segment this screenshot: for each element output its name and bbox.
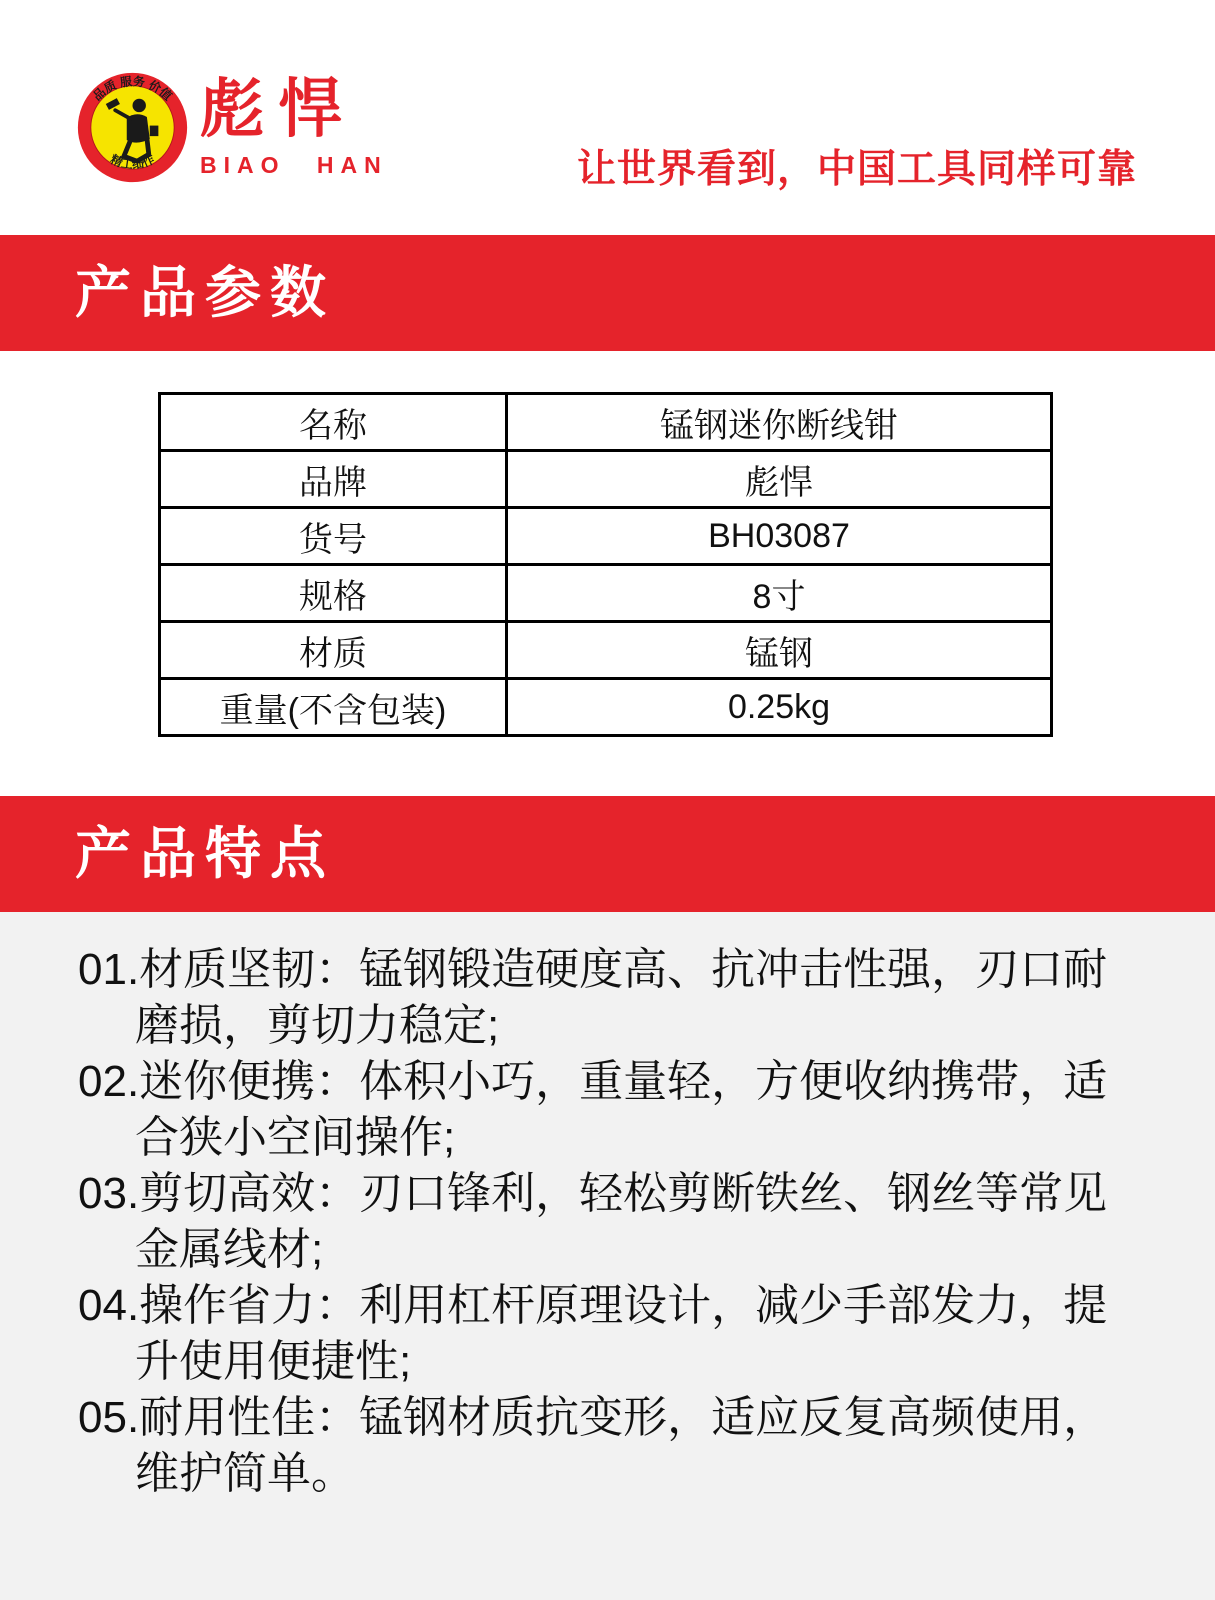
product-detail-page: 品质 服务 价值 精工细作 彪悍 BIAO HAN (0, 0, 1215, 1600)
feature-item: 03.剪切高效：刃口锋利，轻松剪断铁丝、钢丝等常见金属线材; (78, 1166, 1147, 1278)
table-row: 名称 锰钢迷你断线钳 (160, 394, 1052, 451)
spec-value: 锰钢 (507, 622, 1052, 679)
spec-label: 重量(不含包装) (160, 679, 507, 736)
feature-item: 04.操作省力：利用杠杆原理设计，减少手部发力，提升使用便捷性; (78, 1278, 1147, 1390)
spec-label: 材质 (160, 622, 507, 679)
brand-name-en: BIAO HAN (200, 152, 388, 179)
spec-table-area: 名称 锰钢迷你断线钳 品牌 彪悍 货号 BH03087 规格 8寸 材质 锰 (0, 351, 1215, 796)
brand-header: 品质 服务 价值 精工细作 彪悍 BIAO HAN (0, 0, 1215, 235)
badge-seal-mark (150, 126, 159, 137)
feature-number: 05. (78, 1393, 139, 1442)
table-row: 品牌 彪悍 (160, 451, 1052, 508)
spec-value: 0.25kg (507, 679, 1052, 736)
table-row: 重量(不含包装) 0.25kg (160, 679, 1052, 736)
brand-badge-icon: 品质 服务 价值 精工细作 (75, 70, 190, 185)
brand-name-cn: 彪悍 (200, 76, 388, 143)
spec-value: 锰钢迷你断线钳 (507, 394, 1052, 451)
feature-item: 01.材质坚韧：锰钢锻造硬度高、抗冲击性强，刃口耐磨损，剪切力稳定; (78, 942, 1147, 1054)
table-row: 材质 锰钢 (160, 622, 1052, 679)
feature-list: 01.材质坚韧：锰钢锻造硬度高、抗冲击性强，刃口耐磨损，剪切力稳定; 02.迷你… (78, 942, 1147, 1502)
spec-label: 名称 (160, 394, 507, 451)
feature-text: 剪切高效：刃口锋利，轻松剪断铁丝、钢丝等常见金属线材; (135, 1169, 1107, 1274)
spec-value: 8寸 (507, 565, 1052, 622)
section-banner-params: 产品参数 (0, 235, 1215, 351)
table-row: 货号 BH03087 (160, 508, 1052, 565)
brand-slogan: 让世界看到，中国工具同样可靠 (577, 138, 1137, 194)
spec-table: 名称 锰钢迷你断线钳 品牌 彪悍 货号 BH03087 规格 8寸 材质 锰 (158, 392, 1053, 737)
table-row: 规格 8寸 (160, 565, 1052, 622)
feature-text: 耐用性佳：锰钢材质抗变形，适应反复高频使用，维护简单。 (135, 1393, 1107, 1498)
spec-label: 品牌 (160, 451, 507, 508)
feature-number: 04. (78, 1281, 139, 1330)
brand-name-block: 彪悍 BIAO HAN (200, 70, 388, 179)
feature-item: 02.迷你便携：体积小巧，重量轻，方便收纳携带，适合狭小空间操作; (78, 1054, 1147, 1166)
feature-number: 02. (78, 1057, 139, 1106)
feature-text: 迷你便携：体积小巧，重量轻，方便收纳携带，适合狭小空间操作; (135, 1057, 1107, 1162)
features-section: 01.材质坚韧：锰钢锻造硬度高、抗冲击性强，刃口耐磨损，剪切力稳定; 02.迷你… (0, 912, 1215, 1600)
feature-number: 01. (78, 945, 139, 994)
brand-logo: 品质 服务 价值 精工细作 彪悍 BIAO HAN (75, 70, 388, 185)
spec-value: 彪悍 (507, 451, 1052, 508)
feature-text: 操作省力：利用杠杆原理设计，减少手部发力，提升使用便捷性; (135, 1281, 1107, 1386)
feature-number: 03. (78, 1169, 139, 1218)
section-banner-features: 产品特点 (0, 796, 1215, 912)
spec-label: 规格 (160, 565, 507, 622)
features-section-title: 产品特点 (0, 826, 335, 882)
spec-label: 货号 (160, 508, 507, 565)
feature-item: 05.耐用性佳：锰钢材质抗变形，适应反复高频使用，维护简单。 (78, 1390, 1147, 1502)
feature-text: 材质坚韧：锰钢锻造硬度高、抗冲击性强，刃口耐磨损，剪切力稳定; (135, 945, 1107, 1050)
spec-value: BH03087 (507, 508, 1052, 565)
params-section-title: 产品参数 (0, 265, 335, 321)
